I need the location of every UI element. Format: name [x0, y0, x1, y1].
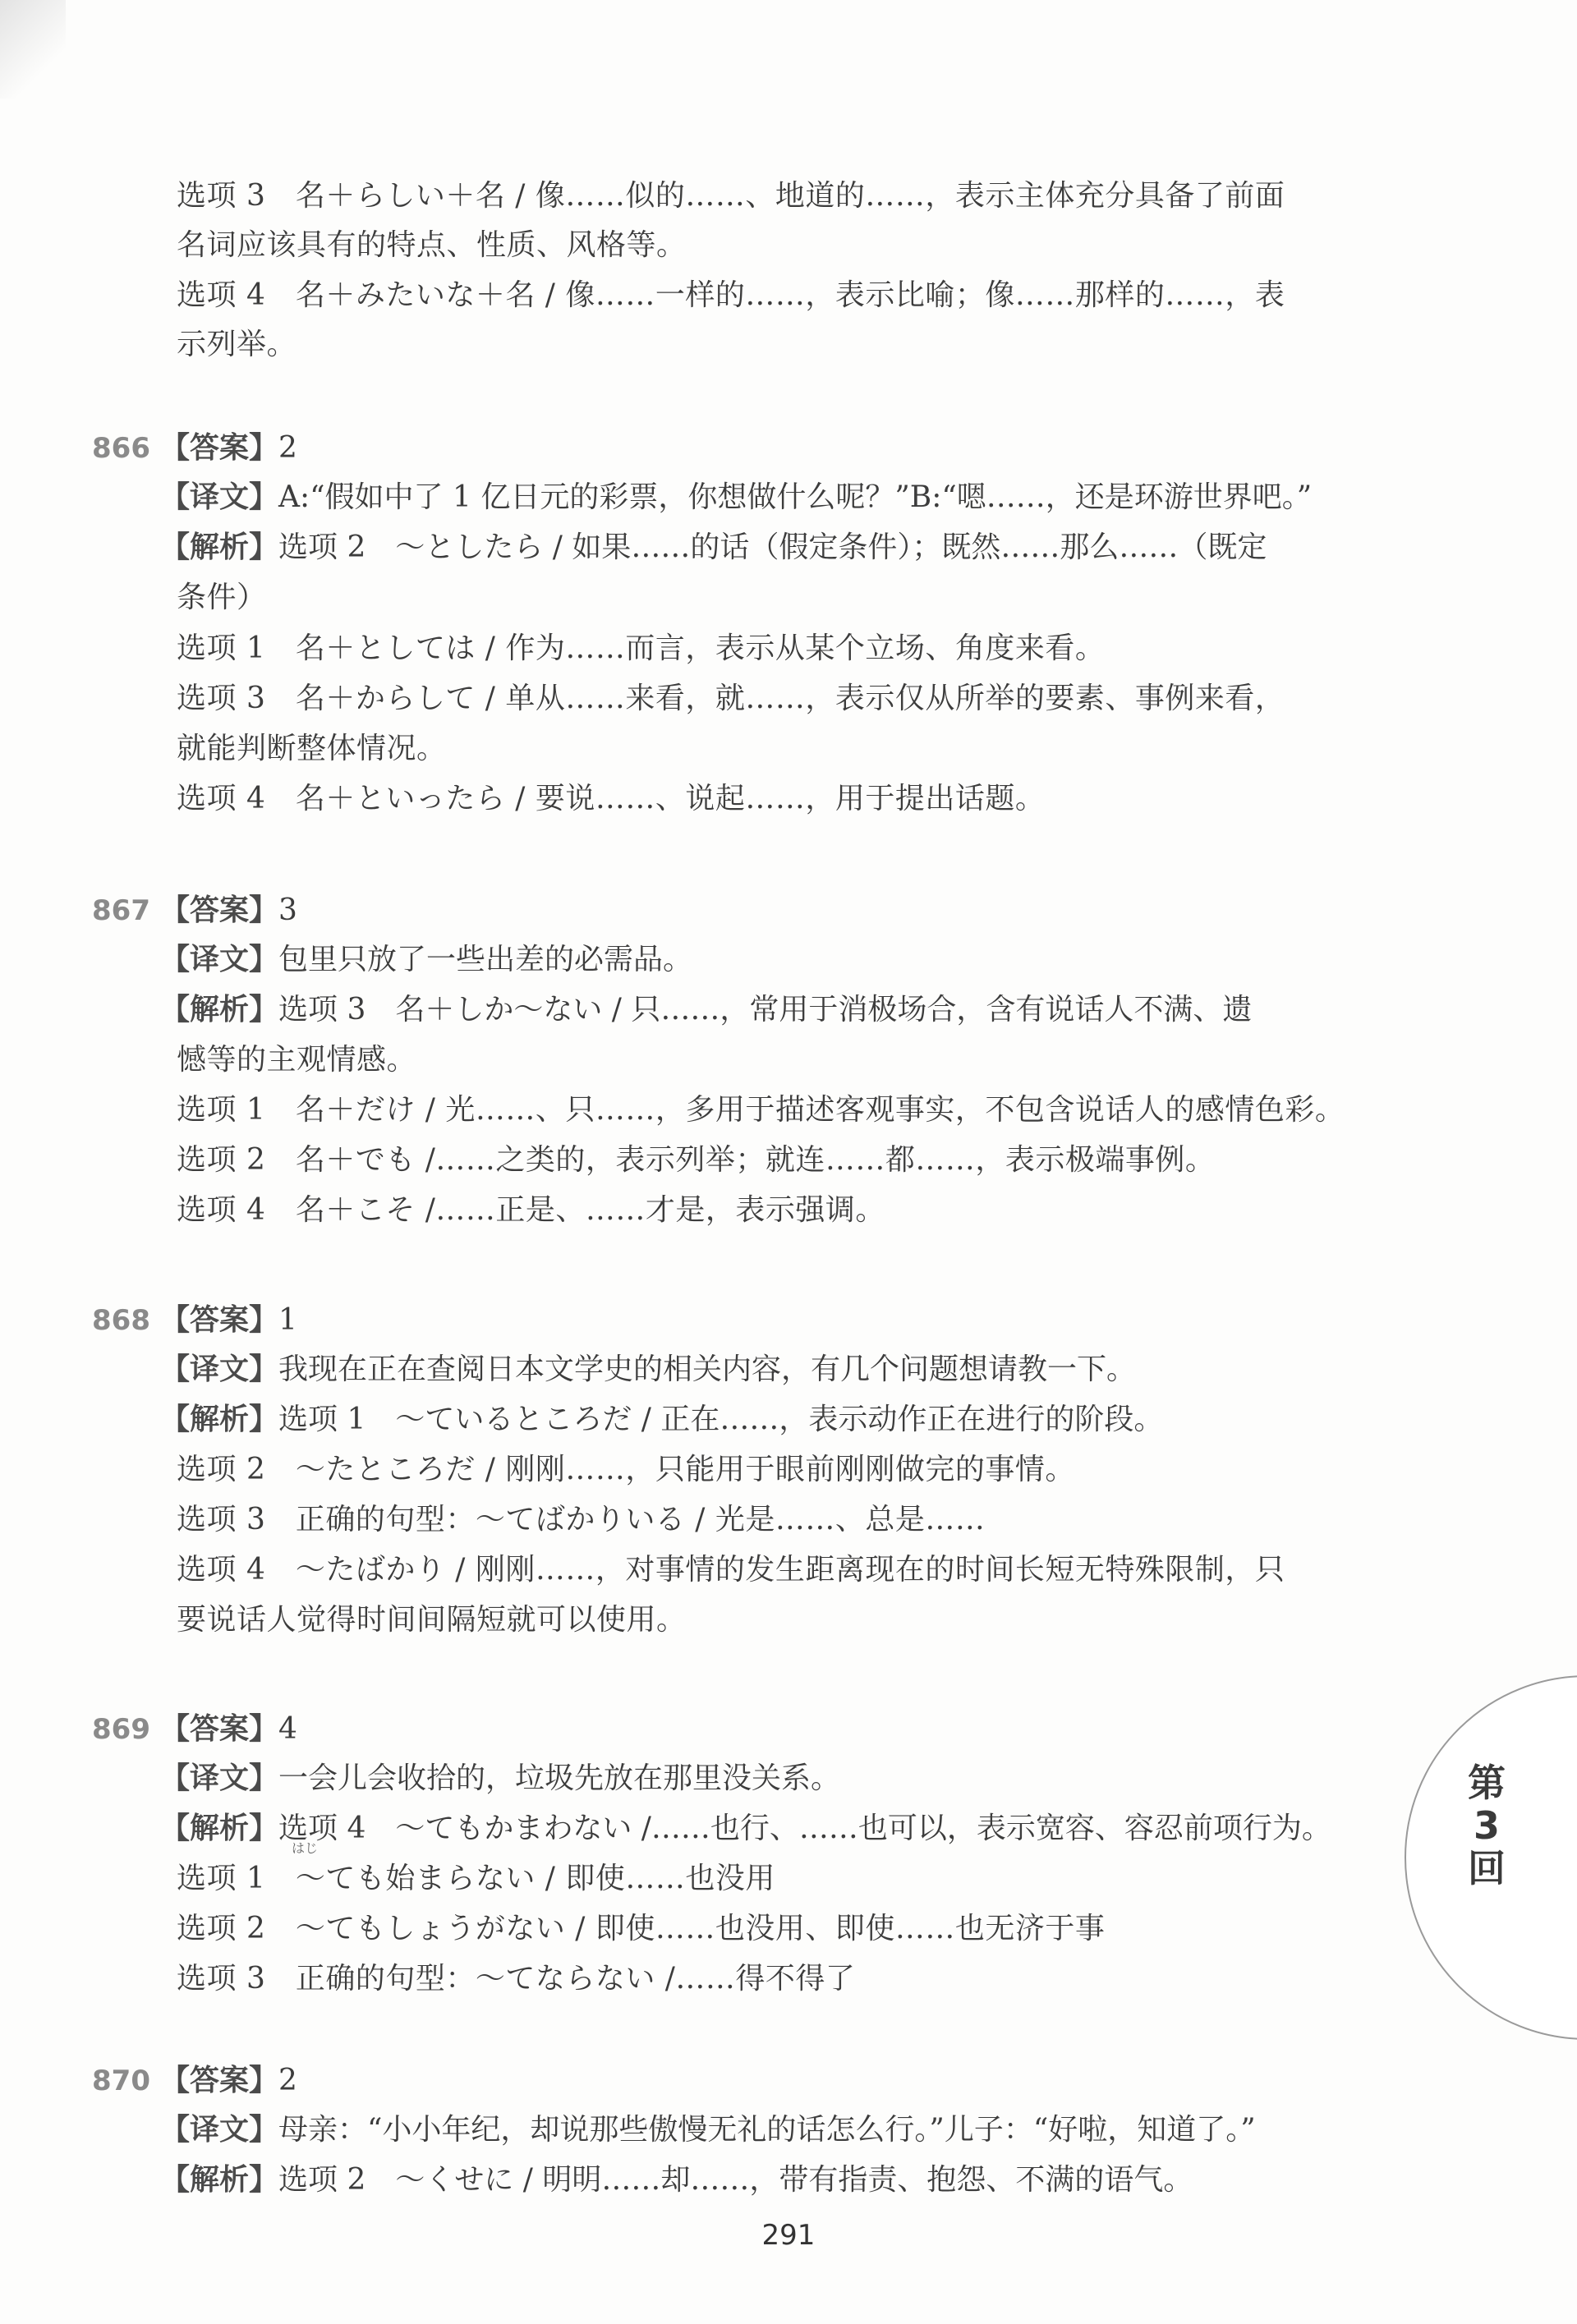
analysis-line: 选项 2 名＋でも /……之类的，表示列举；就连……都……，表示极端事例。 [177, 1141, 1215, 1180]
answer-value: 2 [278, 431, 297, 465]
translation-row: 【译文】A:“假如中了 1 亿日元的彩票，你想做什么呢？”B:“嗯……，还是环游… [160, 478, 1312, 517]
translation-row: 【译文】我现在正在查阅日本文学史的相关内容，有几个问题想请教一下。 [160, 1350, 1136, 1389]
analysis-text: 选项 3 名＋しか～ない / 只……，常用于消极场合，含有说话人不满、遗 [278, 993, 1252, 1027]
answer-label: 【答案】 [160, 2064, 278, 2097]
analysis-line: 就能判断整体情况。 [177, 729, 447, 769]
analysis-line: 选项 4 ～たばかり / 刚刚……，对事情的发生距离现在的时间长短无特殊限制，只 [177, 1550, 1285, 1590]
translation-text: 一会儿会收拾的，垃圾先放在那里没关系。 [278, 1761, 840, 1795]
analysis-text: 选项 2 ～としたら / 如果……的话（假定条件）；既然……那么……（既定 [278, 530, 1267, 564]
question-number: 866 [92, 429, 150, 468]
analysis-line: 选项 3 名＋からして / 单从……来看，就……，表示仅从所举的要素、事例来看， [177, 679, 1285, 719]
analysis-row: 【解析】选项 4 ～てもかまわない /……也行、……也可以，表示宽容、容忍前项行… [160, 1809, 1331, 1849]
answer-row: 【答案】1 [160, 1301, 297, 1340]
analysis-line: 选项 2 ～たところだ / 刚刚……，只能用于眼前刚刚做完的事情。 [177, 1450, 1075, 1490]
question-number: 868 [92, 1301, 150, 1340]
translation-text: A:“假如中了 1 亿日元的彩票，你想做什么呢？”B:“嗯……，还是环游世界吧。… [278, 480, 1312, 514]
answer-label: 【答案】 [160, 1303, 278, 1337]
analysis-row: 【解析】选项 2 ～としたら / 如果……的话（假定条件）；既然……那么……（既… [160, 528, 1267, 567]
analysis-line: 选项 4 名＋といったら / 要说……、说起……，用于提出话题。 [177, 779, 1045, 819]
analysis-text: 选项 2 ～くせに / 明明……却……，带有指责、抱怨、不满的语气。 [278, 2163, 1193, 2197]
analysis-label: 【解析】 [160, 1812, 278, 1845]
furigana: はじ [292, 1842, 318, 1855]
translation-label: 【译文】 [160, 480, 278, 514]
analysis-text: 选项 4 ～てもかまわない /……也行、……也可以，表示宽容、容忍前项行为。 [278, 1812, 1331, 1845]
answer-value: 2 [278, 2064, 297, 2097]
chapter-char: 第 [1462, 1761, 1511, 1804]
analysis-line: 憾等的主观情感。 [177, 1040, 416, 1080]
translation-text: 母亲：“小小年纪，却说那些傲慢无礼的话怎么行。”儿子：“好啦，知道了。” [278, 2113, 1256, 2147]
answer-label: 【答案】 [160, 431, 278, 465]
analysis-label: 【解析】 [160, 1403, 278, 1436]
analysis-line: 条件） [177, 578, 267, 618]
analysis-line: 要说话人觉得时间间隔短就可以使用。 [177, 1601, 687, 1640]
analysis-label: 【解析】 [160, 530, 278, 564]
page-corner-shadow [0, 0, 66, 99]
analysis-line: 选项 1 名＋としては / 作为……而言，表示从某个立场、角度来看。 [177, 629, 1105, 668]
question-number: 869 [92, 1710, 150, 1749]
answer-label: 【答案】 [160, 1712, 278, 1746]
chapter-char: 3 [1462, 1804, 1511, 1847]
analysis-line: 选项 2 ～てもしょうがない / 即使……也没用、即使……也无济于事 [177, 1909, 1105, 1949]
translation-row: 【译文】包里只放了一些出差的必需品。 [160, 940, 692, 980]
intro-line: 选项 4 名＋みたいな＋名 / 像……一样的……，表示比喻；像……那样的……，表 [177, 276, 1285, 315]
analysis-row: 【解析】选项 3 名＋しか～ない / 只……，常用于消极场合，含有说话人不满、遗 [160, 990, 1252, 1030]
analysis-row: 【解析】选项 1 ～ているところだ / 正在……，表示动作正在进行的阶段。 [160, 1400, 1163, 1440]
answer-label: 【答案】 [160, 893, 278, 927]
book-page: 选项 3 名＋らしい＋名 / 像……似的……、地道的……，表示主体充分具备了前面… [0, 0, 1577, 2324]
translation-label: 【译文】 [160, 1761, 278, 1795]
answer-row: 【答案】4 [160, 1710, 297, 1749]
answer-value: 4 [278, 1712, 297, 1746]
analysis-line: 选项 3 正确的句型：～てならない /……得不得了 [177, 1959, 855, 1999]
analysis-line: 选项 4 名＋こそ /……正是、……才是，表示强调。 [177, 1191, 885, 1230]
answer-row: 【答案】2 [160, 429, 297, 468]
analysis-line: 选项 1 名＋だけ / 光……、只……，多用于描述客观事实，不包含说话人的感情色… [177, 1091, 1345, 1130]
intro-line: 选项 3 名＋らしい＋名 / 像……似的……、地道的……，表示主体充分具备了前面 [177, 177, 1285, 216]
intro-line: 示列举。 [177, 325, 297, 365]
answer-value: 3 [278, 893, 297, 927]
translation-row: 【译文】母亲：“小小年纪，却说那些傲慢无礼的话怎么行。”儿子：“好啦，知道了。” [160, 2110, 1256, 2150]
chapter-char: 回 [1462, 1847, 1511, 1890]
answer-value: 1 [278, 1303, 297, 1337]
analysis-line: 选项 1 ～ても始まらない / 即使……也没用 [177, 1859, 775, 1899]
translation-row: 【译文】一会儿会收拾的，垃圾先放在那里没关系。 [160, 1759, 840, 1798]
translation-text: 我现在正在查阅日本文学史的相关内容，有几个问题想请教一下。 [278, 1353, 1136, 1386]
analysis-label: 【解析】 [160, 993, 278, 1027]
chapter-tab-label: 第 3 回 [1462, 1761, 1511, 1890]
analysis-text: 选项 1 ～ているところだ / 正在……，表示动作正在进行的阶段。 [278, 1403, 1163, 1436]
question-number: 870 [92, 2061, 150, 2101]
intro-line: 名词应该具有的特点、性质、风格等。 [177, 226, 687, 265]
question-number: 867 [92, 891, 150, 930]
analysis-line: 选项 3 正确的句型：～てばかりいる / 光是……、总是…… [177, 1500, 985, 1540]
translation-label: 【译文】 [160, 943, 278, 976]
translation-label: 【译文】 [160, 2113, 278, 2147]
analysis-row: 【解析】选项 2 ～くせに / 明明……却……，带有指责、抱怨、不满的语气。 [160, 2161, 1193, 2200]
answer-row: 【答案】3 [160, 891, 297, 930]
answer-row: 【答案】2 [160, 2061, 297, 2101]
translation-text: 包里只放了一些出差的必需品。 [278, 943, 692, 976]
page-number: 291 [0, 2219, 1577, 2252]
translation-label: 【译文】 [160, 1353, 278, 1386]
analysis-label: 【解析】 [160, 2163, 278, 2197]
